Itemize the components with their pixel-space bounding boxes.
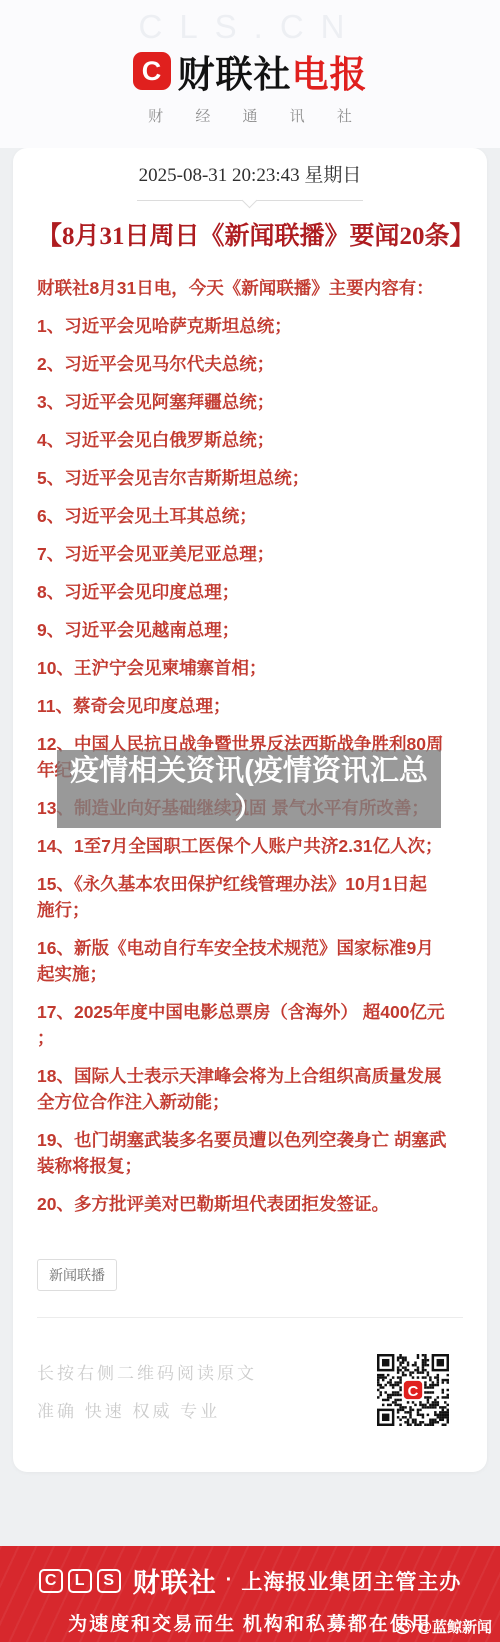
telegraph-card: 2025-08-31 20:23:43 星期日 【8月31日周日《新闻联播》要闻… — [13, 148, 487, 1472]
date-divider — [137, 200, 363, 201]
cls-box-c: C — [39, 1569, 63, 1593]
cls-box-s: S — [97, 1569, 121, 1593]
share-card-page: CLS.CN C 财联社电报 财 经 通 讯 社 2025-08-31 20:2… — [0, 0, 500, 1642]
banner-brand-row: CLS 财联社 · 上海报业集团主管主办 — [0, 1561, 500, 1600]
cls-box-l: L — [68, 1569, 92, 1593]
news-item-9: 9、习近平会见越南总理； — [37, 617, 463, 643]
divider-notch — [242, 193, 258, 209]
weibo-credit: @蓝鲸新闻 — [395, 1616, 492, 1637]
content-background: 2025-08-31 20:23:43 星期日 【8月31日周日《新闻联播》要闻… — [0, 148, 500, 1546]
news-item-18: 18、国际人士表示天津峰会将为上合组织高质量发展 全方位合作注入新动能； — [37, 1063, 463, 1115]
news-item-4: 4、习近平会见白俄罗斯总统； — [37, 427, 463, 453]
news-item-20: 20、多方批评美对巴勒斯坦代表团拒发签证。 — [37, 1191, 463, 1217]
header: CLS.CN C 财联社电报 财 经 通 讯 社 — [0, 0, 500, 148]
news-item-6: 6、习近平会见土耳其总统； — [37, 503, 463, 529]
cls-watermark-text: CLS.CN — [0, 8, 500, 46]
banner-host-text: 上海报业集团主管主办 — [241, 1566, 461, 1596]
news-list: 1、习近平会见哈萨克斯坦总统；2、习近平会见马尔代夫总统；3、习近平会见阿塞拜疆… — [37, 313, 463, 1217]
news-item-12: 12、中国人民抗日战争暨世界反法西斯战争胜利80周 年纪疫情相关资讯(疫情资讯汇… — [37, 731, 463, 783]
article-lead: 财联社8月31日电，今天《新闻联播》主要内容有： — [37, 275, 463, 301]
footer-banner: CLS 财联社 · 上海报业集团主管主办 为速度和交易而生 机构和私募都在使用 … — [0, 1546, 500, 1642]
news-item-17: 17、2025年度中国电影总票房（含海外） 超400亿元 ； — [37, 999, 463, 1051]
brand-title: 财联社电报 — [178, 44, 368, 98]
gray-text-overlay: 疫情相关资讯(疫情资讯汇总） — [57, 750, 441, 828]
overlay-text-line1: 疫情相关资讯(疫情资讯汇总 — [57, 752, 441, 790]
svg-text:C: C — [408, 1384, 419, 1400]
overlay-text-line2: ） — [57, 790, 441, 828]
qr-hint-text: 长按右侧二维码阅读原文 准确 快速 权威 专业 — [37, 1359, 257, 1422]
weibo-icon — [395, 1618, 414, 1635]
qr-code-image: C — [377, 1354, 449, 1426]
brand-subtitle: 财 经 通 讯 社 — [0, 105, 500, 126]
news-item-5: 5、习近平会见吉尔吉斯斯坦总统； — [37, 465, 463, 491]
news-item-14: 14、1至7月全国职工医保个人账户共济2.31亿人次； — [37, 833, 463, 859]
topic-tag-chip[interactable]: 新闻联播 — [37, 1259, 117, 1291]
article-title: 【8月31日周日《新闻联播》要闻20条】 — [37, 219, 463, 255]
news-item-2: 2、习近平会见马尔代夫总统； — [37, 351, 463, 377]
news-item-1: 1、习近平会见哈萨克斯坦总统； — [37, 313, 463, 339]
footer-divider — [37, 1317, 463, 1318]
cls-letter-boxes: CLS — [39, 1569, 121, 1593]
news-item-3: 3、习近平会见阿塞拜疆总统； — [37, 389, 463, 415]
qr-hint-line1: 长按右侧二维码阅读原文 — [37, 1359, 257, 1384]
weibo-credit-text: @蓝鲸新闻 — [417, 1616, 492, 1637]
publish-datetime: 2025-08-31 20:23:43 星期日 — [37, 164, 463, 188]
card-footer: 长按右侧二维码阅读原文 准确 快速 权威 专业 C — [37, 1354, 463, 1426]
news-item-19: 19、也门胡塞武装多名要员遭以色列空袭身亡 胡塞武 装称将报复； — [37, 1127, 463, 1179]
news-item-10: 10、王沪宁会见柬埔寨首相； — [37, 655, 463, 681]
news-item-7: 7、习近平会见亚美尼亚总理； — [37, 541, 463, 567]
qr-code: C — [377, 1354, 449, 1426]
banner-brand-name: 财联社 — [133, 1561, 217, 1600]
news-item-16: 16、新版《电动自行车安全技术规范》国家标准9月 起实施； — [37, 935, 463, 987]
news-item-8: 8、习近平会见印度总理； — [37, 579, 463, 605]
brand-name: 财联社 — [178, 54, 292, 95]
news-item-11: 11、蔡奇会见印度总理； — [37, 693, 463, 719]
banner-dot: · — [226, 1569, 233, 1592]
qr-hint-line2: 准确 快速 权威 专业 — [37, 1397, 257, 1422]
brand-suffix: 电报 — [292, 54, 368, 95]
brand-logo: C 财联社电报 — [0, 44, 500, 98]
cls-c-logo-icon: C — [133, 52, 171, 90]
news-item-15: 15、《永久基本农田保护红线管理办法》10月1日起 施行； — [37, 871, 463, 923]
